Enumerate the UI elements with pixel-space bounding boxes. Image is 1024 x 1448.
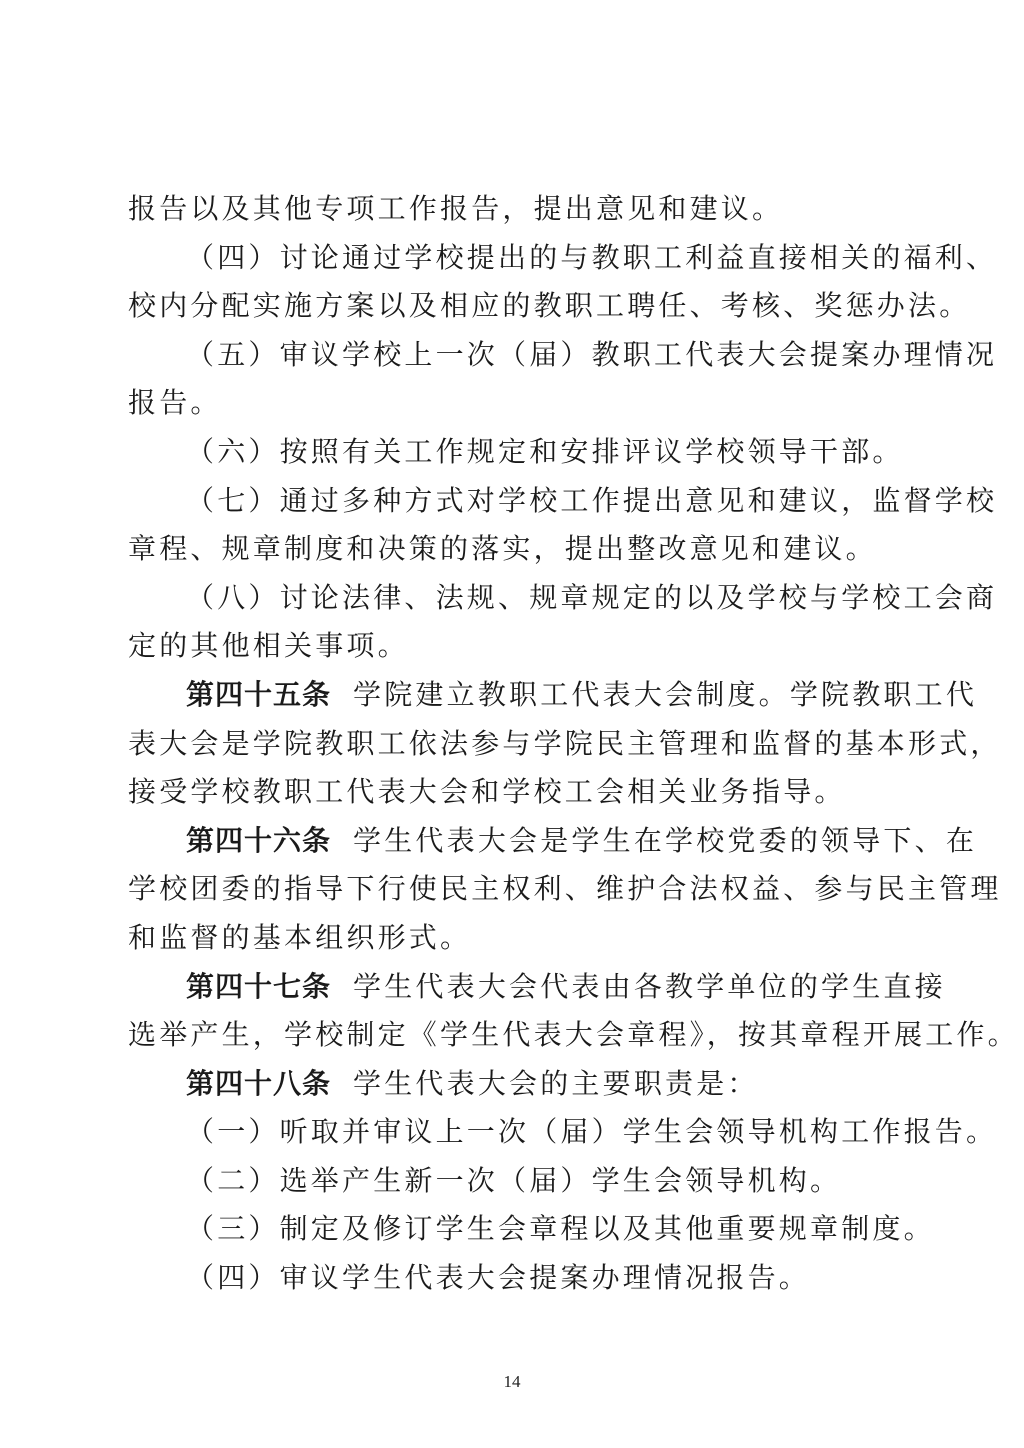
line-text: 定的其他相关事项。 [128, 629, 409, 662]
line-text: 选举产生，学校制定《学生代表大会章程》，按其章程开展工作。 [128, 1018, 1019, 1051]
text-line: 选举产生，学校制定《学生代表大会章程》，按其章程开展工作。 [128, 1011, 896, 1060]
line-text: （四）讨论通过学校提出的与教职工利益直接相关的福利、 [186, 241, 997, 274]
list-item: （六）按照有关工作规定和安排评议学校领导干部。 [128, 428, 896, 477]
page-number: 14 [0, 1372, 1024, 1392]
text-line: 定的其他相关事项。 [128, 622, 896, 671]
text-line: 表大会是学院教职工依法参与学院民主管理和监督的基本形式， [128, 720, 896, 769]
article-47: 第四十七条学生代表大会代表由各教学单位的学生直接 [128, 963, 896, 1012]
article-48: 第四十八条学生代表大会的主要职责是： [128, 1060, 896, 1109]
list-item: （三）制定及修订学生会章程以及其他重要规章制度。 [128, 1205, 896, 1254]
article-46: 第四十六条学生代表大会是学生在学校党委的领导下、在 [128, 817, 896, 866]
line-text: （六）按照有关工作规定和安排评议学校领导干部。 [186, 435, 904, 468]
line-text: 学生代表大会的主要职责是： [353, 1067, 759, 1100]
line-text: 校内分配实施方案以及相应的教职工聘任、考核、奖惩办法。 [128, 289, 970, 322]
line-text: 和监督的基本组织形式。 [128, 921, 471, 954]
line-text: （八）讨论法律、法规、规章规定的以及学校与学校工会商 [186, 581, 997, 614]
line-text: （五）审议学校上一次（届）教职工代表大会提案办理情况 [186, 338, 997, 371]
text-line: 校内分配实施方案以及相应的教职工聘任、考核、奖惩办法。 [128, 282, 896, 331]
list-item: （四）审议学生代表大会提案办理情况报告。 [128, 1254, 896, 1303]
list-item: （二）选举产生新一次（届）学生会领导机构。 [128, 1157, 896, 1206]
article-heading: 第四十六条 [186, 824, 331, 857]
line-text: 报告以及其他专项工作报告，提出意见和建议。 [128, 192, 783, 225]
article-heading: 第四十八条 [186, 1067, 331, 1100]
document-body: 报告以及其他专项工作报告，提出意见和建议。 （四）讨论通过学校提出的与教职工利益… [128, 185, 896, 1303]
article-heading: 第四十七条 [186, 970, 331, 1003]
list-item: （七）通过多种方式对学校工作提出意见和建议，监督学校 [128, 477, 896, 526]
text-line: 和监督的基本组织形式。 [128, 914, 896, 963]
list-item: （五）审议学校上一次（届）教职工代表大会提案办理情况 [128, 331, 896, 380]
line-text: 报告。 [128, 386, 222, 419]
line-text: 学生代表大会代表由各教学单位的学生直接 [353, 970, 946, 1003]
list-item: （八）讨论法律、法规、规章规定的以及学校与学校工会商 [128, 574, 896, 623]
text-line: 章程、规章制度和决策的落实，提出整改意见和建议。 [128, 525, 896, 574]
text-line: 报告以及其他专项工作报告，提出意见和建议。 [128, 185, 896, 234]
article-45: 第四十五条学院建立教职工代表大会制度。学院教职工代 [128, 671, 896, 720]
line-text: （四）审议学生代表大会提案办理情况报告。 [186, 1261, 810, 1294]
line-text: （二）选举产生新一次（届）学生会领导机构。 [186, 1164, 841, 1197]
line-text: 章程、规章制度和决策的落实，提出整改意见和建议。 [128, 532, 877, 565]
line-text: 接受学校教职工代表大会和学校工会相关业务指导。 [128, 775, 846, 808]
line-text: （一）听取并审议上一次（届）学生会领导机构工作报告。 [186, 1115, 997, 1148]
text-line: 学校团委的指导下行使民主权利、维护合法权益、参与民主管理 [128, 865, 896, 914]
list-item: （一）听取并审议上一次（届）学生会领导机构工作报告。 [128, 1108, 896, 1157]
text-line: 接受学校教职工代表大会和学校工会相关业务指导。 [128, 768, 896, 817]
article-heading: 第四十五条 [186, 678, 331, 711]
text-line: 报告。 [128, 379, 896, 428]
line-text: （三）制定及修订学生会章程以及其他重要规章制度。 [186, 1212, 935, 1245]
line-text: 学校团委的指导下行使民主权利、维护合法权益、参与民主管理 [128, 872, 1002, 905]
line-text: 学生代表大会是学生在学校党委的领导下、在 [353, 824, 977, 857]
line-text: （七）通过多种方式对学校工作提出意见和建议，监督学校 [186, 484, 997, 517]
line-text: 学院建立教职工代表大会制度。学院教职工代 [353, 678, 977, 711]
list-item: （四）讨论通过学校提出的与教职工利益直接相关的福利、 [128, 234, 896, 283]
line-text: 表大会是学院教职工依法参与学院民主管理和监督的基本形式， [128, 727, 1002, 760]
